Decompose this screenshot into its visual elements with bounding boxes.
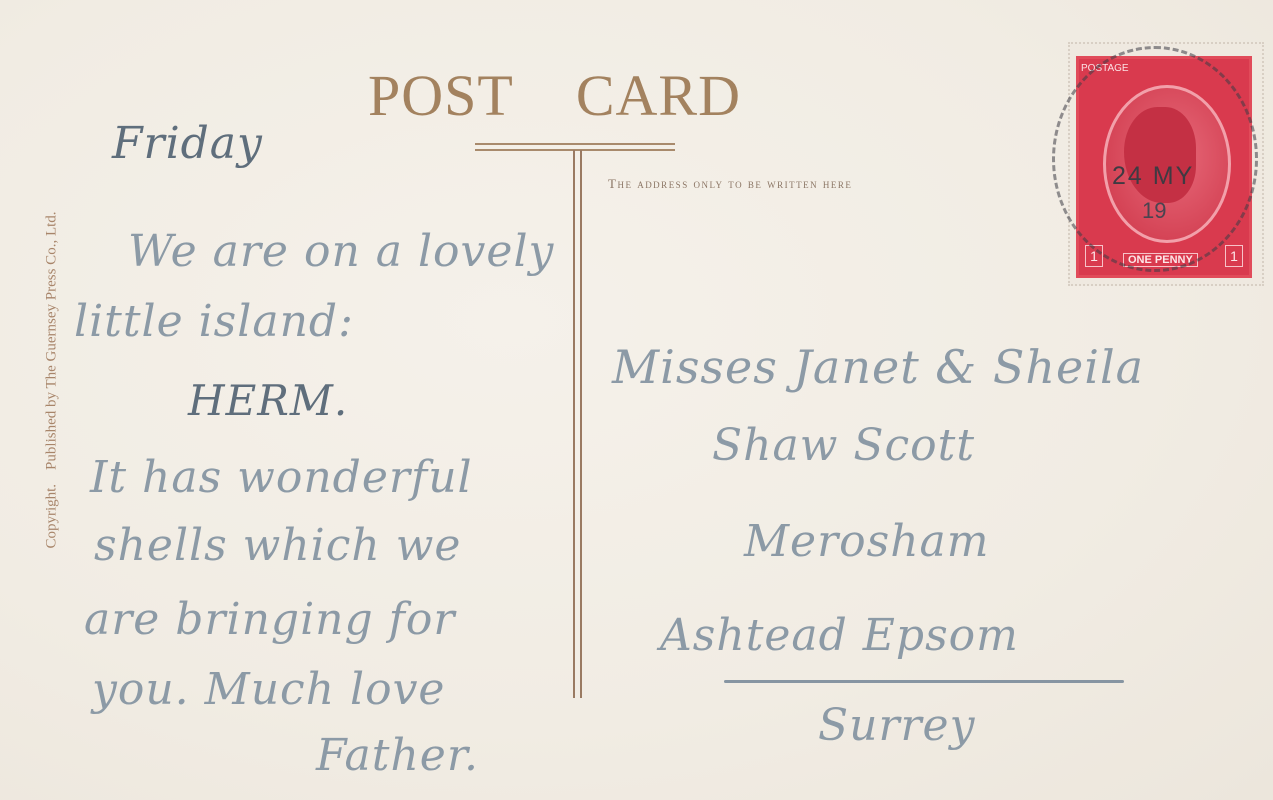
address-instruction: The address only to be written here [608,176,852,192]
postmark-ring [1052,46,1258,272]
center-divider-right [580,150,582,698]
address-underline [724,680,1124,683]
stamp-corner-right: 1 [1225,245,1243,267]
postmark-year: 19 [1142,198,1166,224]
title-word-card: CARD [576,62,741,129]
message-line: We are on a lovely [128,226,554,277]
message-line: little island: [74,296,354,347]
message-line-day: Friday [112,118,263,169]
address-line-street: Merosham [744,516,990,567]
address-line-house: Shaw Scott [712,420,975,471]
copyright-text: Copyright. [44,484,60,549]
title-rule-bottom [475,149,675,151]
message-line-herm: HERM. [188,376,348,425]
message-line: It has wonderful [90,452,473,503]
postcard-title: POSTCARD [368,62,741,129]
address-line-recipients: Misses Janet & Sheila [612,340,1144,394]
message-signature: Father. [316,730,479,781]
message-line: shells which we [94,520,461,571]
address-line-town: Ashtead Epsom [660,610,1019,661]
publisher-text: Published by The Guernsey Press Co., Ltd… [44,211,60,469]
message-line: are bringing for [84,594,455,645]
center-divider-left [573,150,575,698]
message-line: you. Much love [92,664,445,715]
publisher-credit: Copyright.Published by The Guernsey Pres… [44,211,61,548]
address-line-county: Surrey [818,700,975,751]
postmark-date: 24 MY [1112,162,1194,191]
title-word-post: POST [368,62,514,129]
postcard-back: POSTCARD The address only to be written … [0,0,1273,800]
title-rule-top [475,143,675,145]
